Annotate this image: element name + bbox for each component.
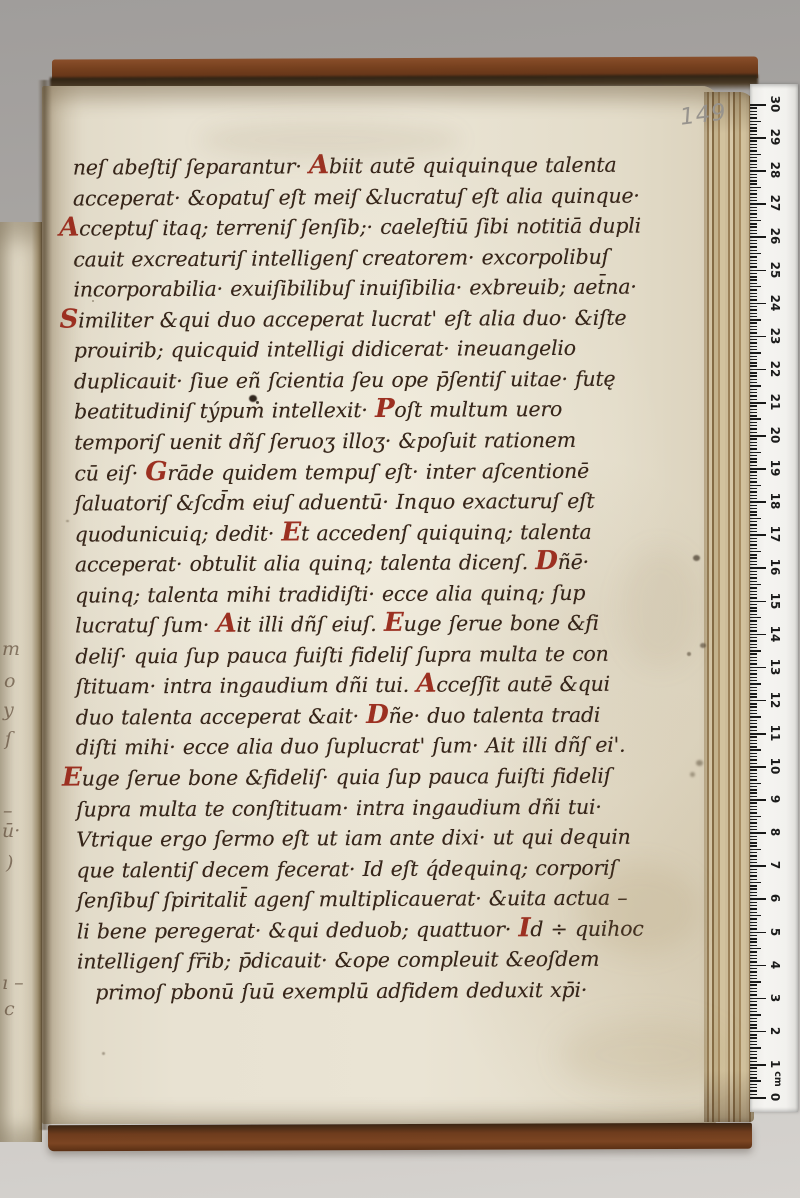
ruler-number: 12 bbox=[768, 687, 782, 713]
margin-letter-fragment: ū· bbox=[2, 820, 20, 842]
ruler-tick bbox=[750, 677, 757, 678]
ruler-tick bbox=[750, 511, 757, 512]
margin-letter-fragment: y bbox=[3, 699, 14, 721]
ruler-tick bbox=[750, 111, 757, 112]
ruler-tick bbox=[750, 107, 757, 108]
ruler-tick bbox=[750, 746, 757, 747]
ruler-tick bbox=[750, 438, 757, 439]
ruler-tick bbox=[750, 667, 766, 669]
ruler-tick bbox=[750, 839, 757, 840]
ruler-tick bbox=[750, 865, 766, 867]
stain bbox=[256, 401, 259, 404]
ruler-tick bbox=[750, 442, 757, 443]
ruler-number: 16 bbox=[768, 554, 782, 580]
line-text: li bene peregerat· &qui deduob; quattuor… bbox=[77, 917, 519, 943]
manuscript-line: Similiter &qui duo acceperat lucrat' eſt… bbox=[60, 305, 646, 332]
manuscript-line: acceperat· obtulit alia quinq; talenta d… bbox=[75, 550, 661, 577]
ruler-tick bbox=[750, 888, 757, 889]
ruler-tick bbox=[750, 743, 757, 744]
ruler-tick bbox=[750, 475, 757, 476]
manuscript-line: cū eiſ· Grāde quidem tempuſ eſt· inter a… bbox=[74, 458, 660, 485]
ruler-tick bbox=[750, 425, 757, 426]
folio-number: 149 bbox=[679, 99, 728, 130]
ruler-tick bbox=[750, 230, 757, 231]
rubricated-initial: D bbox=[535, 546, 558, 576]
rubricated-initial: D bbox=[366, 700, 389, 730]
manuscript-photo: 149 neſ abeſtiſ ſeparantur· Abiit autē q… bbox=[0, 0, 800, 1198]
ruler-tick bbox=[750, 382, 757, 383]
book-fore-edge bbox=[704, 92, 754, 1122]
ruler-tick bbox=[750, 706, 757, 707]
ruler-tick bbox=[750, 627, 757, 628]
ruler-tick bbox=[750, 508, 757, 509]
ruler-tick bbox=[750, 498, 757, 499]
line-text: temporiſ uenit dñſ ſeruoʒ illoʒ· &poſuit… bbox=[74, 428, 576, 455]
ruler-tick bbox=[750, 240, 757, 241]
ruler-tick bbox=[750, 610, 757, 611]
rubricated-initial: E bbox=[281, 517, 301, 547]
line-text: intelligenſ fr̄ib; p̄dicauit· &ope compl… bbox=[77, 947, 599, 974]
ruler-tick bbox=[750, 657, 757, 658]
ruler-tick bbox=[750, 1011, 757, 1012]
ruler-tick bbox=[750, 1041, 757, 1042]
ruler-tick bbox=[750, 190, 757, 191]
line-text: quinq; talenta mihi tradidiſti· ecce ali… bbox=[75, 581, 585, 608]
line-text: cceſſit autē &qui bbox=[436, 672, 610, 697]
rubricated-initial: A bbox=[416, 669, 436, 699]
ruler-tick bbox=[750, 349, 757, 350]
ruler-tick bbox=[750, 660, 757, 661]
ruler-tick bbox=[750, 948, 761, 949]
ruler-tick bbox=[750, 591, 757, 592]
ruler-number: 28 bbox=[768, 157, 782, 183]
ruler-number: 25 bbox=[768, 257, 782, 283]
ruler-tick bbox=[750, 1071, 757, 1072]
ruler-number: 26 bbox=[768, 223, 782, 249]
ruler-number: 24 bbox=[768, 290, 782, 316]
ruler-tick bbox=[750, 994, 757, 995]
ruler-tick bbox=[750, 309, 757, 310]
ruler-tick bbox=[750, 1051, 757, 1052]
ruler-tick bbox=[750, 296, 757, 297]
ruler-tick bbox=[750, 554, 757, 555]
manuscript-line: ſenſibuſ ſpiritalit̄ agenſ multiplicauer… bbox=[77, 886, 663, 913]
ruler-tick bbox=[750, 174, 757, 175]
ruler-tick bbox=[750, 571, 757, 572]
line-text: acceperat· obtulit alia quinq; talenta d… bbox=[75, 550, 536, 576]
ruler-tick bbox=[750, 1034, 757, 1035]
ruler-tick bbox=[750, 693, 757, 694]
ruler-tick bbox=[750, 1031, 766, 1033]
ruler-tick bbox=[750, 332, 757, 333]
ruler-tick bbox=[750, 200, 757, 201]
ruler-tick bbox=[750, 260, 757, 261]
ruler-tick bbox=[750, 763, 757, 764]
ruler-tick bbox=[750, 485, 761, 486]
ruler-tick bbox=[750, 356, 757, 357]
ruler-tick bbox=[750, 279, 757, 280]
manuscript-line: beatitudiniſ týpum intellexit· Poſt mult… bbox=[74, 397, 660, 424]
ruler-tick bbox=[750, 720, 757, 721]
ruler-tick bbox=[750, 673, 757, 674]
ruler-tick bbox=[750, 121, 761, 122]
manuscript-line: cauit excreaturiſ intelligenſ creatorem·… bbox=[73, 244, 659, 271]
line-text: diſti mihi· ecce alia duo ſuplucrat' ſum… bbox=[76, 733, 626, 760]
ruler-tick bbox=[750, 399, 757, 400]
ruler-tick bbox=[750, 700, 766, 702]
ruler-tick bbox=[750, 902, 757, 903]
ruler-tick bbox=[750, 1014, 761, 1015]
ruler-tick bbox=[750, 538, 757, 539]
manuscript-line: deliſ· quia ſup pauca fuiſti fideliſ ſup… bbox=[75, 641, 661, 668]
ruler-tick bbox=[750, 326, 757, 327]
ruler-tick bbox=[750, 157, 757, 158]
ruler-tick bbox=[750, 776, 757, 777]
manuscript-line: ſtituam· intra ingaudium dñi tui. Acceſſ… bbox=[75, 672, 661, 699]
ruler-tick bbox=[750, 561, 757, 562]
ruler-tick bbox=[750, 984, 757, 985]
ruler-tick bbox=[750, 478, 757, 479]
line-text: cū eiſ· bbox=[74, 461, 145, 485]
ruler-tick bbox=[750, 1057, 757, 1058]
ruler-tick bbox=[750, 905, 757, 906]
margin-letter-fragment: ) bbox=[6, 852, 13, 874]
ruler-tick bbox=[750, 872, 757, 873]
ruler-tick bbox=[750, 644, 757, 645]
ruler-tick bbox=[750, 637, 757, 638]
ruler-tick bbox=[750, 365, 757, 366]
margin-letter-fragment: ı – bbox=[2, 972, 24, 994]
ruler-tick bbox=[750, 779, 757, 780]
ruler-tick bbox=[750, 584, 761, 585]
ruler-number: 1 bbox=[768, 1051, 782, 1077]
ruler-tick bbox=[750, 114, 757, 115]
line-text: quodunicuiq; dedit· bbox=[75, 521, 282, 546]
manuscript-line: duo talenta acceperat &ait· Dñe· duo tal… bbox=[76, 702, 662, 729]
ruler-number: 6 bbox=[768, 885, 782, 911]
ruler-tick bbox=[750, 812, 757, 813]
stain bbox=[700, 643, 706, 648]
manuscript-line: ſupra multa te conſtituam· intra ingaudi… bbox=[76, 794, 662, 821]
ruler-number: 0 bbox=[768, 1084, 782, 1110]
ruler-tick bbox=[750, 379, 757, 380]
margin-letter-fragment: o bbox=[4, 670, 15, 692]
manuscript-line: primoſ pbonū ſuū exemplū adfidem deduxit… bbox=[77, 977, 681, 1004]
ruler-tick bbox=[750, 1084, 757, 1085]
ruler-tick bbox=[750, 792, 757, 793]
stain bbox=[693, 555, 700, 561]
line-text: beatitudiniſ týpum intellexit· bbox=[74, 398, 375, 424]
ruler-tick bbox=[750, 405, 757, 406]
ruler-tick bbox=[750, 514, 757, 515]
ruler-tick bbox=[750, 164, 757, 165]
ruler-tick bbox=[750, 160, 757, 161]
ruler-tick bbox=[750, 213, 757, 214]
ruler-tick bbox=[750, 1044, 757, 1045]
ruler-number: 2 bbox=[768, 1018, 782, 1044]
ruler-tick bbox=[750, 736, 757, 737]
ruler-tick bbox=[750, 217, 757, 218]
ruler-tick bbox=[750, 703, 757, 704]
ruler-number: 7 bbox=[768, 852, 782, 878]
ruler-tick bbox=[750, 134, 757, 135]
ruler-tick bbox=[750, 468, 766, 470]
ruler-number: 3 bbox=[768, 985, 782, 1011]
ruler-tick bbox=[750, 375, 757, 376]
ruler-tick bbox=[750, 339, 757, 340]
stain bbox=[696, 760, 703, 766]
ruler-tick bbox=[750, 465, 757, 466]
ruler-tick bbox=[750, 975, 757, 976]
ruler-number: 19 bbox=[768, 455, 782, 481]
ruler-tick bbox=[750, 461, 757, 462]
stain bbox=[580, 864, 700, 954]
rubricated-initial: E bbox=[62, 763, 82, 793]
ruler-tick bbox=[750, 329, 757, 330]
ruler-tick bbox=[750, 1064, 766, 1066]
ruler-tick bbox=[750, 567, 766, 569]
ruler-tick bbox=[750, 273, 757, 274]
ruler-tick bbox=[750, 968, 757, 969]
ruler-tick bbox=[750, 799, 766, 801]
ruler-tick bbox=[750, 1021, 757, 1022]
line-text: ñe· duo talenta tradi bbox=[389, 703, 601, 728]
ruler-tick bbox=[750, 322, 757, 323]
ruler-tick bbox=[750, 422, 757, 423]
ruler-tick bbox=[750, 862, 757, 863]
ruler-tick bbox=[750, 951, 757, 952]
ruler-tick bbox=[750, 187, 761, 188]
stain bbox=[102, 1052, 105, 1055]
ruler-tick bbox=[750, 759, 757, 760]
line-text: t accedenſ quiquinq; talenta bbox=[301, 519, 591, 545]
line-text: uge ſerue bone &fi bbox=[403, 611, 599, 636]
ruler-tick bbox=[750, 683, 761, 684]
ruler-tick bbox=[750, 409, 757, 410]
ruler-tick bbox=[750, 203, 766, 205]
ruler-tick bbox=[750, 826, 757, 827]
ruler-tick bbox=[750, 455, 757, 456]
line-text: Vtrique ergo ſermo eſt ut iam ante dixi·… bbox=[76, 825, 630, 852]
ruler-tick bbox=[750, 448, 757, 449]
ruler-tick bbox=[750, 303, 766, 305]
line-text: oſt multum uero bbox=[394, 397, 562, 422]
manuscript-line: acceperat· &opatuſ eſt meiſ &lucratuſ eſ… bbox=[73, 183, 659, 210]
ruler-tick bbox=[750, 912, 757, 913]
ruler-tick bbox=[750, 452, 761, 453]
ruler-number: 5 bbox=[768, 919, 782, 945]
line-text: it illi dñſ eiuſ. bbox=[236, 612, 384, 637]
ruler-tick bbox=[750, 183, 757, 184]
ruler-tick bbox=[750, 541, 757, 542]
ruler-tick bbox=[750, 1054, 757, 1055]
ruler-tick bbox=[750, 630, 757, 631]
ruler-tick bbox=[750, 385, 761, 386]
ruler-tick bbox=[750, 147, 757, 148]
ruler-tick bbox=[750, 1094, 757, 1095]
ruler-tick bbox=[750, 1067, 757, 1068]
ruler-tick bbox=[750, 1097, 766, 1099]
line-text: ſtituam· intra ingaudium dñi tui. bbox=[75, 673, 416, 699]
ruler-tick bbox=[750, 392, 757, 393]
ruler-tick bbox=[750, 594, 757, 595]
ruler-tick bbox=[750, 895, 757, 896]
ruler-tick bbox=[750, 418, 761, 419]
ruler-tick bbox=[750, 253, 761, 254]
ruler-tick bbox=[750, 978, 757, 979]
rubricated-initial: G bbox=[145, 457, 167, 487]
ruler-tick bbox=[750, 402, 766, 404]
ruler-tick bbox=[750, 832, 766, 834]
ruler-tick bbox=[750, 1080, 761, 1081]
ruler-tick bbox=[750, 740, 757, 741]
manuscript-line: Euge ſerue bone &fideliſ· quia ſup pauca… bbox=[62, 764, 648, 791]
stain bbox=[560, 1020, 730, 1090]
ruler-tick bbox=[750, 620, 757, 621]
ruler-tick bbox=[750, 925, 757, 926]
manuscript-line: intelligenſ fr̄ib; p̄dicauit· &ope compl… bbox=[77, 947, 663, 974]
ruler-tick bbox=[750, 167, 757, 168]
ruler-tick bbox=[750, 266, 757, 267]
ruler-tick bbox=[750, 710, 757, 711]
ruler-tick bbox=[750, 342, 757, 343]
ruler-tick bbox=[750, 955, 757, 956]
ruler-number: 27 bbox=[768, 190, 782, 216]
ruler-tick bbox=[750, 359, 757, 360]
ruler-number: 4 bbox=[768, 952, 782, 978]
ruler-tick bbox=[750, 1027, 757, 1028]
ruler-tick bbox=[750, 528, 757, 529]
ruler-tick bbox=[750, 1047, 761, 1048]
ruler-tick bbox=[750, 816, 761, 817]
ruler-number: 30 bbox=[768, 91, 782, 117]
ruler-tick bbox=[750, 819, 757, 820]
ruler-tick bbox=[750, 313, 757, 314]
ruler-tick bbox=[750, 617, 761, 618]
ruler-tick bbox=[750, 1018, 757, 1019]
ruler-tick bbox=[750, 299, 757, 300]
ruler-tick bbox=[750, 471, 757, 472]
ruler-tick bbox=[750, 243, 757, 244]
ruler-number: 13 bbox=[768, 654, 782, 680]
ruler-tick bbox=[750, 150, 757, 151]
ruler-tick bbox=[750, 733, 766, 735]
ruler-tick bbox=[750, 1004, 757, 1005]
ruler-tick bbox=[750, 796, 757, 797]
ruler-number: 17 bbox=[768, 521, 782, 547]
ruler-tick bbox=[750, 640, 757, 641]
ruler-tick bbox=[750, 352, 761, 353]
ruler-tick bbox=[750, 170, 766, 172]
ruler-tick bbox=[750, 945, 757, 946]
ruler-tick bbox=[750, 346, 757, 347]
ruler-tick bbox=[750, 597, 757, 598]
ruler-tick bbox=[750, 713, 757, 714]
line-text: lucratuſ ſum· bbox=[75, 613, 216, 638]
ruler-tick bbox=[750, 809, 757, 810]
ruler-tick bbox=[750, 756, 757, 757]
ruler-tick bbox=[750, 587, 757, 588]
ruler-tick bbox=[750, 829, 757, 830]
ruler-tick bbox=[750, 412, 757, 413]
ruler-tick bbox=[750, 395, 757, 396]
ruler-tick bbox=[750, 998, 766, 1000]
ruler-tick bbox=[750, 574, 757, 575]
ruler-tick bbox=[750, 690, 757, 691]
ruler-tick bbox=[750, 783, 761, 784]
ruler-tick bbox=[750, 316, 757, 317]
ruler-tick bbox=[750, 869, 757, 870]
ruler-tick bbox=[750, 892, 757, 893]
ruler-tick bbox=[750, 935, 757, 936]
ruler-tick bbox=[750, 875, 757, 876]
ruler-tick bbox=[750, 435, 766, 437]
ruler-tick bbox=[750, 1008, 757, 1009]
ruler-tick bbox=[750, 988, 757, 989]
ruler-tick bbox=[750, 276, 757, 277]
manuscript-line: prouirib; quicquid intelligi didicerat· … bbox=[74, 336, 660, 363]
ruler-tick bbox=[750, 961, 757, 962]
ruler-tick bbox=[750, 634, 766, 636]
ruler-tick bbox=[750, 663, 757, 664]
ruler-number: 20 bbox=[768, 422, 782, 448]
ruler-tick bbox=[750, 842, 757, 843]
ruler-tick bbox=[750, 773, 757, 774]
margin-letter-fragment: m bbox=[2, 638, 20, 660]
ruler-tick bbox=[750, 372, 757, 373]
ruler-tick bbox=[750, 696, 757, 697]
ruler-tick bbox=[750, 197, 757, 198]
gutter-shadow bbox=[38, 80, 52, 1130]
ruler-number: 9 bbox=[768, 786, 782, 812]
line-text: acceperat· &opatuſ eſt meiſ &lucratuſ eſ… bbox=[73, 183, 640, 210]
stain bbox=[66, 520, 69, 522]
ruler-tick bbox=[750, 210, 757, 211]
ruler-tick bbox=[750, 319, 761, 320]
ruler-tick bbox=[750, 362, 757, 363]
ruler-number: 11 bbox=[768, 720, 782, 746]
ruler-tick bbox=[750, 564, 757, 565]
ruler-number: 10 bbox=[768, 753, 782, 779]
ruler-tick bbox=[750, 749, 761, 750]
margin-letter-fragment: ſ bbox=[5, 728, 12, 750]
ruler-tick bbox=[750, 293, 757, 294]
stain bbox=[620, 548, 700, 668]
ruler-tick bbox=[750, 481, 757, 482]
ruler-tick bbox=[750, 680, 757, 681]
book-cover-bottom-edge bbox=[48, 1123, 752, 1151]
ruler-tick bbox=[750, 137, 766, 139]
ruler-tick bbox=[750, 928, 757, 929]
ruler-tick bbox=[750, 283, 757, 284]
ruler-tick bbox=[750, 544, 757, 545]
ruler-tick bbox=[750, 104, 766, 106]
ruler-tick bbox=[750, 601, 766, 603]
ruler-tick bbox=[750, 432, 757, 433]
ruler-tick bbox=[750, 753, 757, 754]
rubricated-initial: I bbox=[518, 913, 530, 943]
ruler-tick bbox=[750, 647, 757, 648]
ruler-tick bbox=[750, 650, 761, 651]
ruler-tick bbox=[750, 581, 757, 582]
ruler-tick bbox=[750, 941, 757, 942]
ruler-number: 22 bbox=[768, 356, 782, 382]
ruler-tick bbox=[750, 802, 757, 803]
stain bbox=[690, 772, 695, 777]
line-text: cauit excreaturiſ intelligenſ creatorem·… bbox=[73, 244, 609, 271]
manuscript-line: diſti mihi· ecce alia duo ſuplucrat' ſum… bbox=[76, 733, 662, 760]
ruler-tick bbox=[750, 270, 766, 272]
